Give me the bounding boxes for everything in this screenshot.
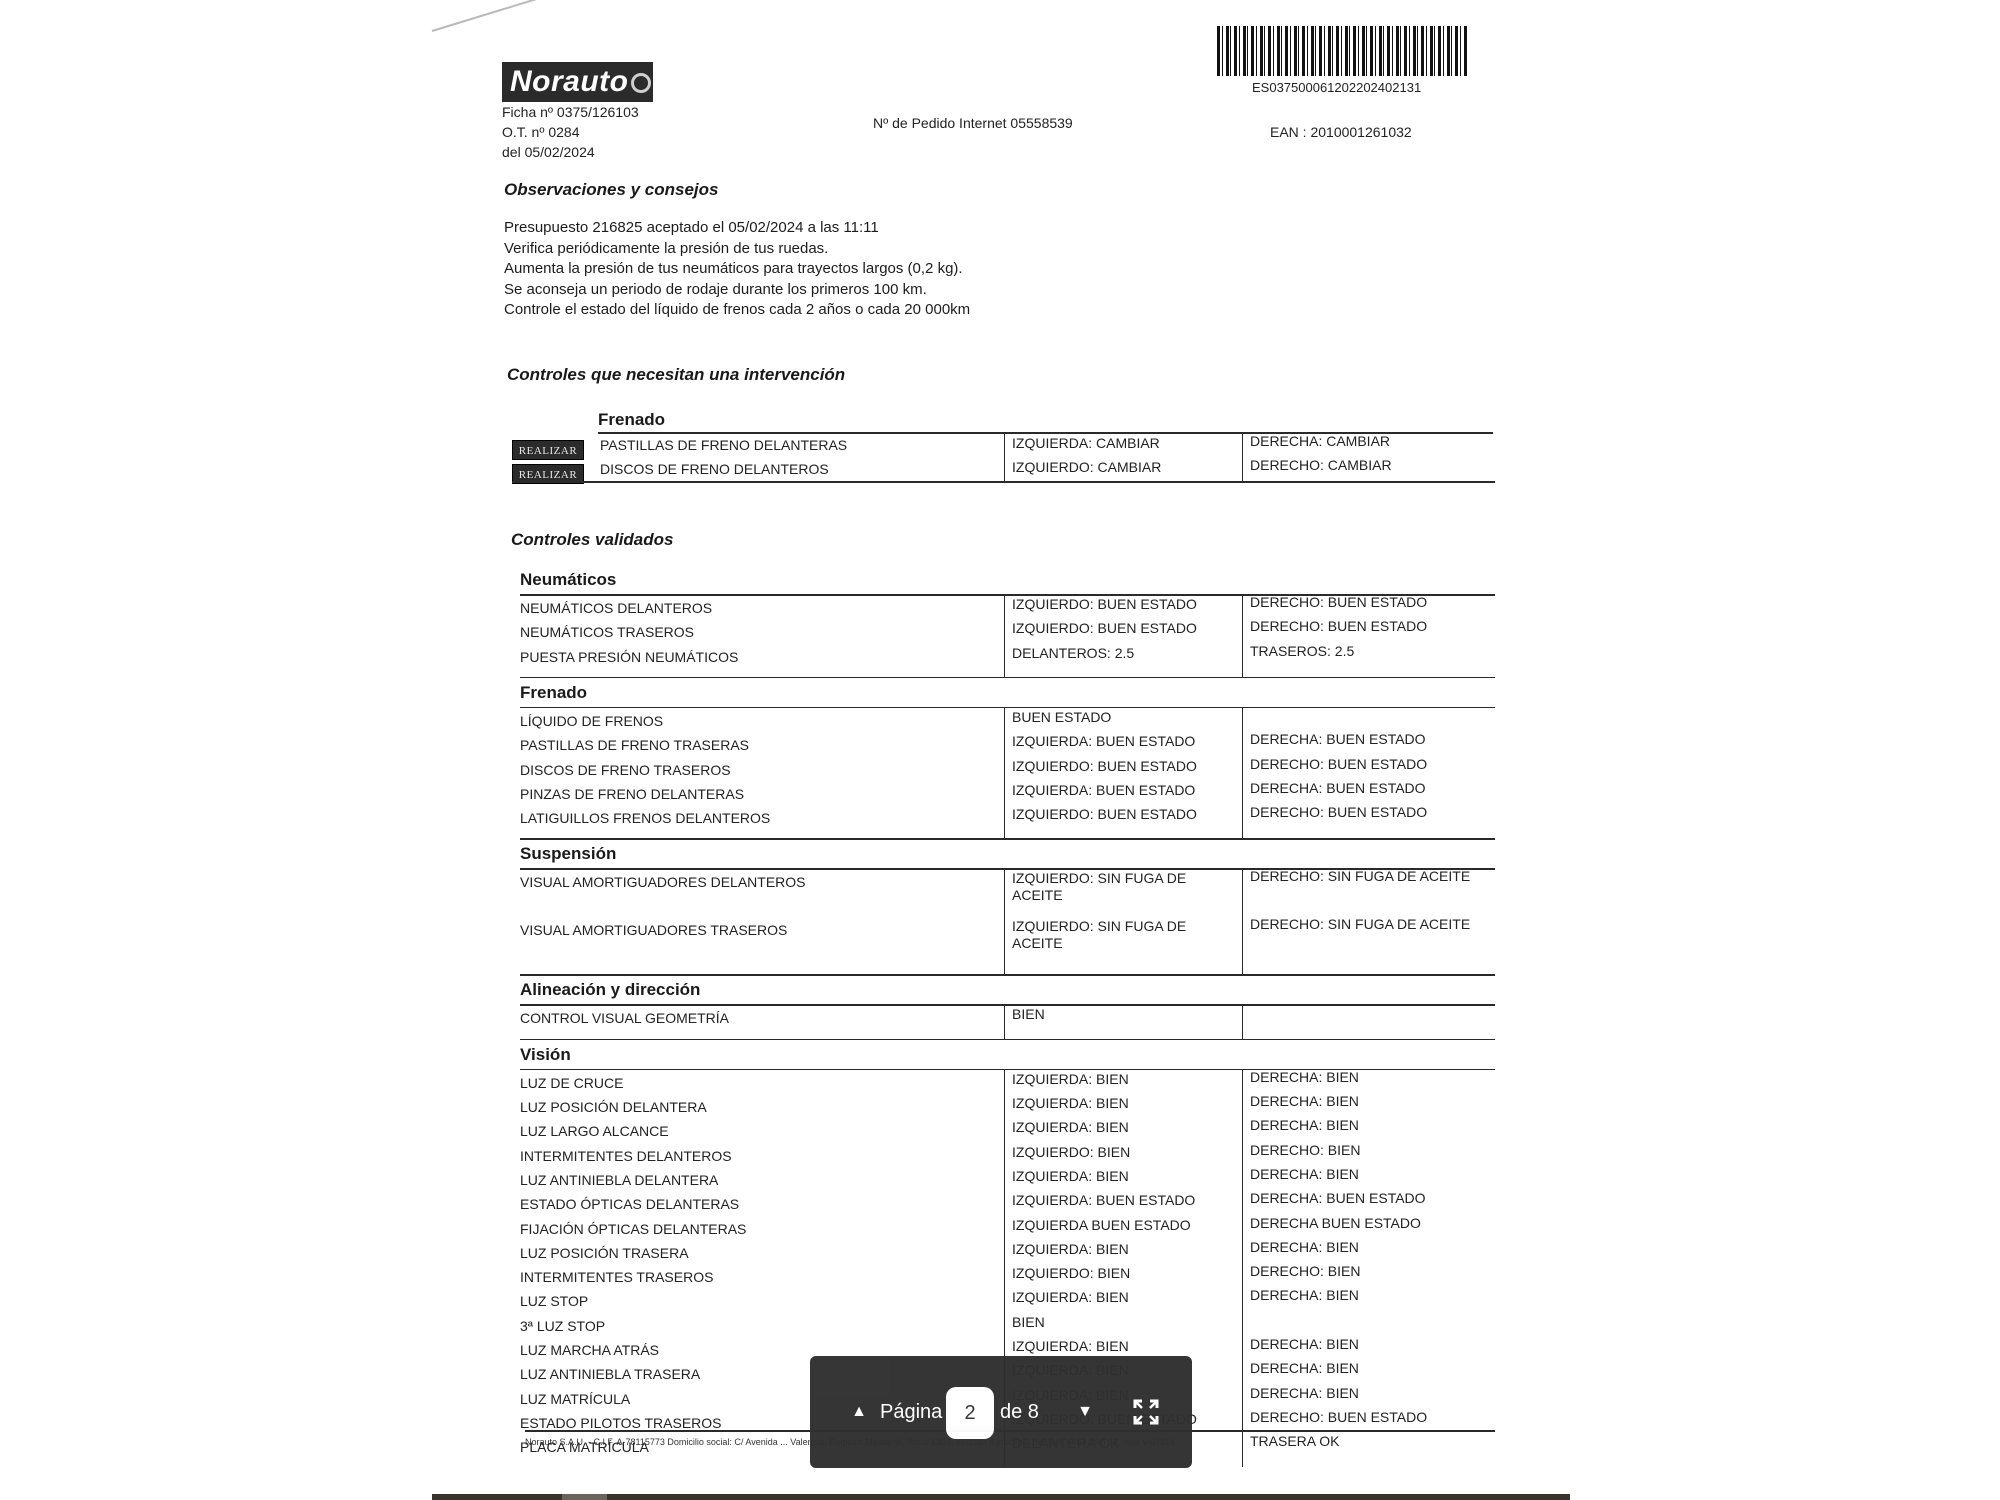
pedido-internet: Nº de Pedido Internet 05558539 <box>873 113 1073 133</box>
table-row-right: DERECHA: BUEN ESTADO <box>1250 780 1485 797</box>
table-row-right: DERECHO: BUEN ESTADO <box>1250 594 1485 611</box>
fullscreen-icon[interactable] <box>1132 1398 1160 1426</box>
table-row-item: ESTADO PILOTOS TRASEROS <box>520 1415 722 1431</box>
intervencion-right: DERECHO: CAMBIAR <box>1250 457 1392 474</box>
table-row-item: PLACA MATRÍCULA <box>520 1439 649 1455</box>
table-row-left: IZQUIERDO: BUEN ESTADO <box>1012 758 1228 775</box>
table-row-right: DERECHA: BIEN <box>1250 1385 1485 1402</box>
viewer-bottom-bar <box>432 1494 1570 1500</box>
ficha-number: Ficha nº 0375/126103 <box>502 102 639 122</box>
table-row-right: DERECHO: SIN FUGA DE ACEITE <box>1250 868 1485 885</box>
intervencion-title: Controles que necesitan una intervención <box>507 365 845 385</box>
page-total: de 8 <box>1000 1399 1039 1425</box>
table-row-right: DERECHO: BIEN <box>1250 1142 1485 1159</box>
table-row-left: DELANTEROS: 2.5 <box>1012 645 1228 662</box>
table-row-item: NEUMÁTICOS TRASEROS <box>520 624 694 640</box>
table-row-left: IZQUIERDA: BUEN ESTADO <box>1012 733 1228 750</box>
observaciones-title: Observaciones y consejos <box>504 180 719 200</box>
table-row-item: DISCOS DE FRENO TRASEROS <box>520 762 731 778</box>
table-row-right: TRASEROS: 2.5 <box>1250 643 1485 660</box>
observacion-line: Presupuesto 216825 aceptado el 05/02/202… <box>504 218 970 239</box>
table-row-item: NEUMÁTICOS DELANTEROS <box>520 600 712 616</box>
column-divider <box>1242 707 1243 839</box>
intervencion-right: DERECHA: CAMBIAR <box>1250 433 1390 450</box>
norauto-logo: Norauto <box>502 62 653 102</box>
table-row-item: LATIGUILLOS FRENOS DELANTEROS <box>520 810 770 826</box>
table-row-left: IZQUIERDO: SIN FUGA DE ACEITE <box>1012 870 1228 904</box>
page-number-input[interactable] <box>946 1387 994 1439</box>
validados-group-title: Visión <box>520 1045 571 1065</box>
intervencion-group-title: Frenado <box>598 410 665 430</box>
table-row-right: DERECHO: BUEN ESTADO <box>1250 1409 1485 1426</box>
column-divider <box>1242 1004 1243 1038</box>
table-row-left: IZQUIERDO: BIEN <box>1012 1265 1228 1282</box>
table-row-right: DERECHO: BUEN ESTADO <box>1250 804 1485 821</box>
logo-ring-icon <box>631 73 651 93</box>
validados-group-title: Neumáticos <box>520 570 616 590</box>
table-row-right: DERECHA: BUEN ESTADO <box>1250 1190 1485 1207</box>
table-row-item: INTERMITENTES TRASEROS <box>520 1269 713 1285</box>
chevron-down-icon[interactable]: ▼ <box>1072 1399 1098 1425</box>
table-row-item: LUZ DE CRUCE <box>520 1075 623 1091</box>
table-row-item: ESTADO ÓPTICAS DELANTERAS <box>520 1196 739 1212</box>
observaciones-list: Presupuesto 216825 aceptado el 05/02/202… <box>504 218 970 321</box>
table-row-left: IZQUIERDA: BIEN <box>1012 1071 1228 1088</box>
table-row-left: IZQUIERDA: BIEN <box>1012 1168 1228 1185</box>
barcode-text: ES037500061202202402131 <box>1252 78 1421 98</box>
validados-group-title: Suspensión <box>520 844 616 864</box>
scroll-thumb[interactable] <box>562 1494 607 1500</box>
group-divider <box>520 838 1495 840</box>
intervencion-item: DISCOS DE FRENO DELANTEROS <box>600 461 829 477</box>
table-row-right: DERECHA: BIEN <box>1250 1166 1485 1183</box>
column-divider <box>1004 433 1005 481</box>
table-row-left: IZQUIERDA: BIEN <box>1012 1289 1228 1306</box>
table-row-item: FIJACIÓN ÓPTICAS DELANTERAS <box>520 1221 746 1237</box>
table-row-left: IZQUIERDO: BUEN ESTADO <box>1012 596 1228 613</box>
table-row-item: CONTROL VISUAL GEOMETRÍA <box>520 1010 729 1026</box>
validados-group-title: Alineación y dirección <box>520 980 700 1000</box>
table-row-item: LUZ STOP <box>520 1293 588 1309</box>
observacion-line: Aumenta la presión de tus neumáticos par… <box>504 259 970 280</box>
barcode <box>1217 26 1467 76</box>
table-row-item: PINZAS DE FRENO DELANTERAS <box>520 786 744 802</box>
table-row-right: TRASERA OK <box>1250 1433 1485 1450</box>
logo-text: Norauto <box>510 65 629 98</box>
table-row-right: DERECHA: BIEN <box>1250 1360 1485 1377</box>
table-row-left: IZQUIERDA: BUEN ESTADO <box>1012 1192 1228 1209</box>
table-row-left: IZQUIERDO: BUEN ESTADO <box>1012 620 1228 637</box>
ean-code: EAN : 2010001261032 <box>1270 122 1412 142</box>
group-divider <box>520 974 1495 976</box>
group-divider <box>520 1004 1495 1006</box>
table-row-item: 3ª LUZ STOP <box>520 1318 605 1334</box>
table-row-item: LUZ LARGO ALCANCE <box>520 1123 669 1139</box>
table-row-left: IZQUIERDA: BIEN <box>1012 1119 1228 1136</box>
column-divider <box>1004 868 1005 974</box>
table-row-left: IZQUIERDA: BIEN <box>1012 1338 1228 1355</box>
header-info: Ficha nº 0375/126103 O.T. nº 0284 del 05… <box>502 102 639 162</box>
table-row-item: LUZ ANTINIEBLA TRASERA <box>520 1366 700 1382</box>
table-row-right: DERECHA: BIEN <box>1250 1336 1485 1353</box>
validados-group-title: Frenado <box>520 683 587 703</box>
table-row-right: DERECHA BUEN ESTADO <box>1250 1215 1485 1232</box>
table-row-left: IZQUIERDO: BUEN ESTADO <box>1012 806 1228 823</box>
observacion-line: Se aconseja un periodo de rodaje durante… <box>504 280 970 301</box>
group-divider <box>520 707 1495 709</box>
page-navigator: ▲ Página de 8 ▼ <box>810 1356 1192 1468</box>
table-row-right: DERECHA: BIEN <box>1250 1093 1485 1110</box>
table-row-right: DERECHO: SIN FUGA DE ACEITE <box>1250 916 1485 933</box>
table-row-item: LUZ ANTINIEBLA DELANTERA <box>520 1172 718 1188</box>
table-row-item: LUZ MATRÍCULA <box>520 1391 630 1407</box>
table-row-right: DERECHA: BUEN ESTADO <box>1250 731 1485 748</box>
group-divider <box>512 481 1495 483</box>
column-divider <box>1242 594 1243 677</box>
observacion-line: Verifica periódicamente la presión de tu… <box>504 239 970 260</box>
page-label: Página <box>880 1399 942 1425</box>
table-row-left: IZQUIERDA BUEN ESTADO <box>1012 1217 1228 1234</box>
table-row-item: PASTILLAS DE FRENO TRASERAS <box>520 737 749 753</box>
table-row-item: LUZ POSICIÓN TRASERA <box>520 1245 689 1261</box>
column-divider <box>1242 1069 1243 1468</box>
column-divider <box>1242 868 1243 974</box>
ficha-date: del 05/02/2024 <box>502 142 639 162</box>
column-divider <box>1242 433 1243 481</box>
table-row-left: IZQUIERDO: SIN FUGA DE ACEITE <box>1012 918 1228 952</box>
table-row-item: LÍQUIDO DE FRENOS <box>520 713 663 729</box>
table-row-item: PUESTA PRESIÓN NEUMÁTICOS <box>520 649 738 665</box>
group-divider <box>520 1039 1495 1041</box>
intervencion-item: PASTILLAS DE FRENO DELANTERAS <box>600 437 847 453</box>
table-row-left: IZQUIERDA: BUEN ESTADO <box>1012 782 1228 799</box>
ot-number: O.T. nº 0284 <box>502 122 639 142</box>
table-row-right: DERECHA: BIEN <box>1250 1069 1485 1086</box>
table-row-item: INTERMITENTES DELANTEROS <box>520 1148 732 1164</box>
validados-title: Controles validados <box>511 530 673 550</box>
table-row-right: DERECHA: BIEN <box>1250 1239 1485 1256</box>
chevron-up-icon[interactable]: ▲ <box>846 1399 872 1425</box>
table-row-right: DERECHO: BUEN ESTADO <box>1250 756 1485 773</box>
table-row-left: BIEN <box>1012 1006 1228 1023</box>
intervencion-left: IZQUIERDO: CAMBIAR <box>1012 459 1161 476</box>
table-row-left: IZQUIERDO: BIEN <box>1012 1144 1228 1161</box>
table-row-left: IZQUIERDA: BIEN <box>1012 1095 1228 1112</box>
table-row-item: VISUAL AMORTIGUADORES DELANTEROS <box>520 874 806 890</box>
intervencion-left: IZQUIERDA: CAMBIAR <box>1012 435 1160 452</box>
table-row-right: DERECHA: BIEN <box>1250 1287 1485 1304</box>
column-divider <box>1004 1004 1005 1038</box>
table-row-left: BUEN ESTADO <box>1012 709 1228 726</box>
column-divider <box>1004 594 1005 677</box>
table-row-right: DERECHO: BIEN <box>1250 1263 1485 1280</box>
table-row-item: LUZ POSICIÓN DELANTERA <box>520 1099 707 1115</box>
group-divider <box>520 677 1495 679</box>
realizar-badge: REALIZAR <box>512 440 584 460</box>
table-row-left: BIEN <box>1012 1314 1228 1331</box>
observacion-line: Controle el estado del líquido de frenos… <box>504 300 970 321</box>
table-row-item: LUZ MARCHA ATRÁS <box>520 1342 659 1358</box>
table-row-right: DERECHA: BIEN <box>1250 1117 1485 1134</box>
table-row-right: DERECHO: BUEN ESTADO <box>1250 618 1485 635</box>
column-divider <box>1004 707 1005 839</box>
table-row-left: IZQUIERDA: BIEN <box>1012 1241 1228 1258</box>
table-row-item: VISUAL AMORTIGUADORES TRASEROS <box>520 922 787 938</box>
